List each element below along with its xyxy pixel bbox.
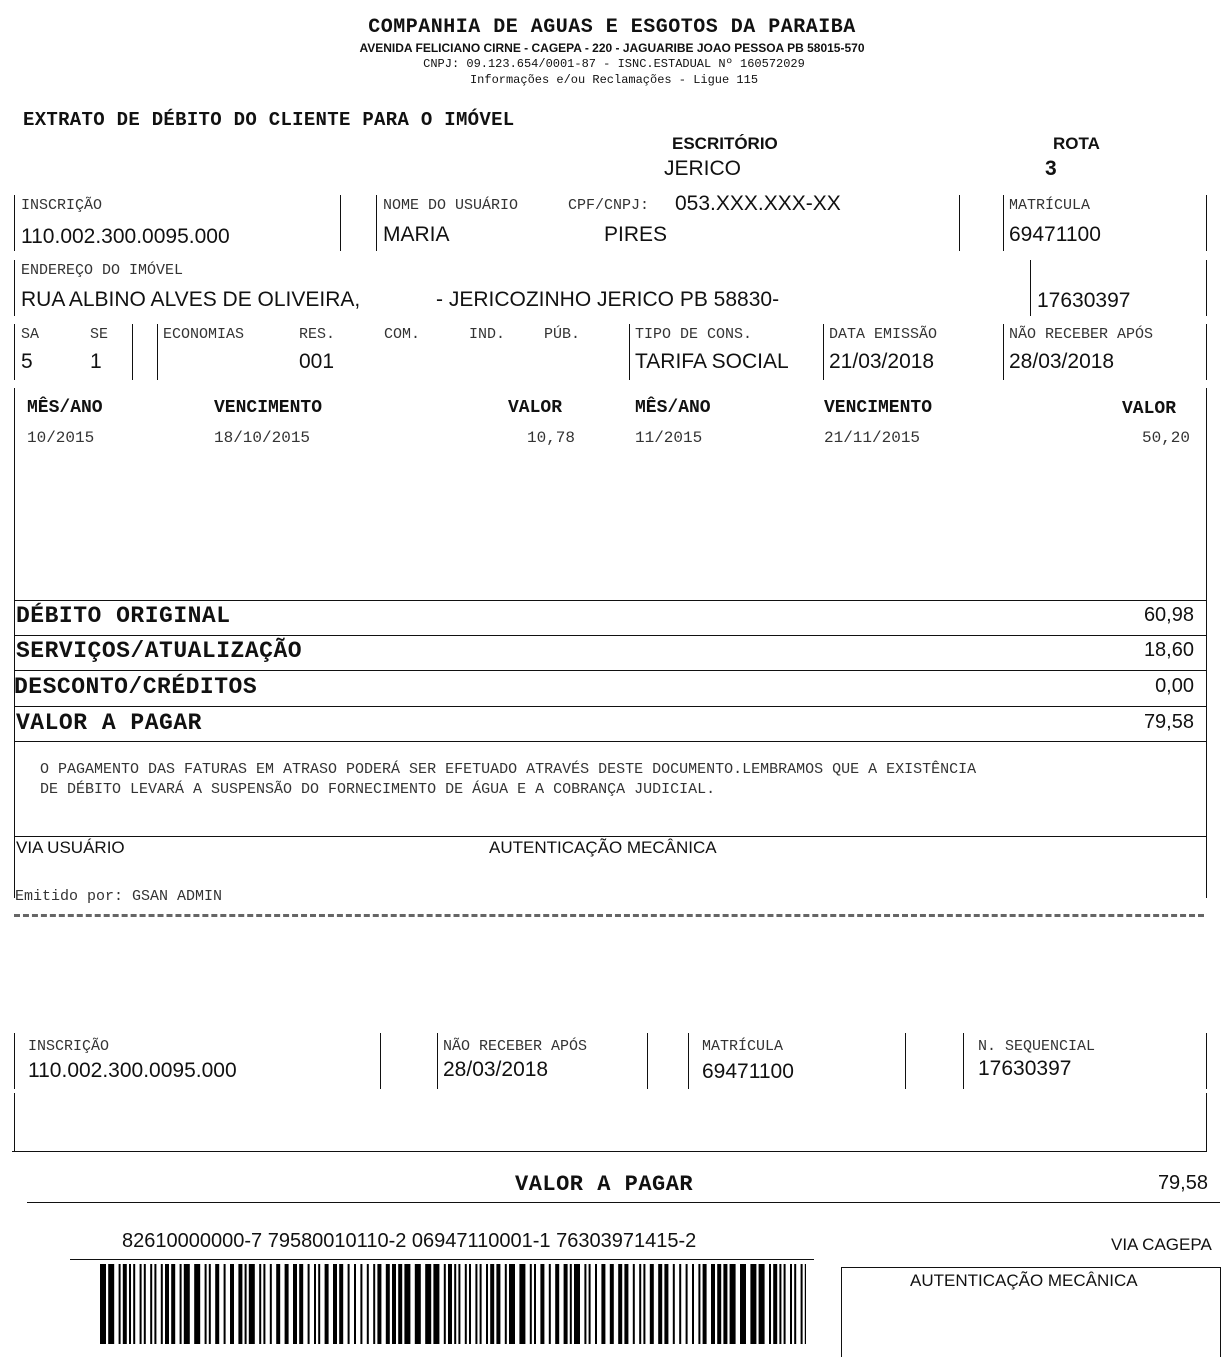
inscricao-value: 110.002.300.0095.000 bbox=[21, 225, 230, 249]
endereco-label: ENDEREÇO DO IMÓVEL bbox=[21, 262, 183, 279]
summary-value: 60,98 bbox=[1094, 604, 1194, 627]
stub-nao-receber-value: 28/03/2018 bbox=[443, 1058, 548, 1082]
col-header-mes-ano: MÊS/ANO bbox=[27, 398, 103, 418]
summary-value: 79,58 bbox=[1094, 711, 1194, 734]
summary-label: SERVIÇOS/ATUALIZAÇÃO bbox=[16, 638, 302, 664]
summary-label: DÉBITO ORIGINAL bbox=[16, 603, 231, 629]
sequencial-value: 17630397 bbox=[1037, 289, 1130, 313]
summary-label: VALOR A PAGAR bbox=[16, 710, 202, 736]
notice-text: O PAGAMENTO DAS FATURAS EM ATRASO PODERÁ… bbox=[40, 760, 976, 800]
office-value: JERICO bbox=[664, 157, 741, 181]
col-header-valor: VALOR bbox=[508, 398, 562, 418]
stub-valor-label: VALOR A PAGAR bbox=[515, 1172, 693, 1197]
company-contact: Informações e/ou Reclamações - Ligue 115 bbox=[0, 73, 1228, 87]
res-label: RES. bbox=[299, 326, 335, 343]
route-label: ROTA bbox=[1053, 134, 1100, 154]
row-valor: 10,78 bbox=[475, 429, 575, 447]
pub-label: PÚB. bbox=[544, 326, 580, 343]
summary-value: 18,60 bbox=[1094, 639, 1194, 662]
via-usuario-label: VIA USUÁRIO bbox=[16, 838, 125, 858]
nome-last: PIRES bbox=[604, 223, 667, 247]
row-vencimento: 18/10/2015 bbox=[214, 429, 310, 447]
via-cagepa-label: VIA CAGEPA bbox=[1111, 1235, 1212, 1255]
sa-label: SA bbox=[21, 326, 39, 343]
nome-first: MARIA bbox=[383, 223, 450, 247]
col-header-vencimento-2: VENCIMENTO bbox=[824, 398, 932, 418]
stub-matricula-label: MATRÍCULA bbox=[702, 1038, 783, 1055]
stub-valor-value: 79,58 bbox=[1108, 1172, 1208, 1195]
stub-sequencial-label: N. SEQUENCIAL bbox=[978, 1038, 1095, 1055]
office-label: ESCRITÓRIO bbox=[672, 134, 778, 154]
company-address: AVENIDA FELICIANO CIRNE - CAGEPA - 220 -… bbox=[0, 41, 1224, 55]
row-mes-ano: 11/2015 bbox=[635, 429, 702, 447]
cpf-value: 053.XXX.XXX-XX bbox=[675, 192, 841, 216]
barcode-icon bbox=[100, 1264, 806, 1344]
summary-label: DESCONTO/CRÉDITOS bbox=[14, 674, 257, 700]
company-registry: CNPJ: 09.123.654/0001-87 - ISNC.ESTADUAL… bbox=[0, 57, 1228, 71]
emissao-value: 21/03/2018 bbox=[829, 350, 934, 374]
sa-value: 5 bbox=[21, 350, 33, 374]
ind-label: IND. bbox=[469, 326, 505, 343]
route-value: 3 bbox=[1045, 157, 1057, 181]
barcode-digits: 82610000000-7 79580010110-2 06947110001-… bbox=[122, 1230, 696, 1253]
stub-autenticacao-label: AUTENTICAÇÃO MECÂNICA bbox=[910, 1271, 1138, 1291]
inscricao-label: INSCRIÇÃO bbox=[21, 197, 102, 214]
res-value: 001 bbox=[299, 350, 334, 374]
col-header-mes-ano-2: MÊS/ANO bbox=[635, 398, 711, 418]
se-label: SE bbox=[90, 326, 108, 343]
endereco-street: RUA ALBINO ALVES DE OLIVEIRA, bbox=[21, 288, 360, 312]
economias-label: ECONOMIAS bbox=[163, 326, 244, 343]
stub-inscricao-label: INSCRIÇÃO bbox=[28, 1038, 109, 1055]
tipo-label: TIPO DE CONS. bbox=[635, 326, 752, 343]
se-value: 1 bbox=[90, 350, 102, 374]
row-mes-ano: 10/2015 bbox=[27, 429, 94, 447]
autenticacao-label: AUTENTICAÇÃO MECÂNICA bbox=[489, 838, 717, 858]
matricula-label: MATRÍCULA bbox=[1009, 197, 1090, 214]
endereco-city: - JERICOZINHO JERICO PB 58830- bbox=[436, 288, 779, 312]
nao-receber-value: 28/03/2018 bbox=[1009, 350, 1114, 374]
emitido-por: Emitido por: GSAN ADMIN bbox=[15, 888, 222, 905]
document-title: EXTRATO DE DÉBITO DO CLIENTE PARA O IMÓV… bbox=[23, 109, 514, 131]
notice-line-2: DE DÉBITO LEVARÁ A SUSPENSÃO DO FORNECIM… bbox=[40, 780, 976, 800]
row-valor: 50,20 bbox=[1090, 429, 1190, 447]
tipo-value: TARIFA SOCIAL bbox=[635, 350, 789, 374]
nome-label: NOME DO USUÁRIO bbox=[383, 197, 518, 214]
nao-receber-label: NÃO RECEBER APÓS bbox=[1009, 326, 1153, 343]
stub-inscricao-value: 110.002.300.0095.000 bbox=[28, 1059, 237, 1083]
col-header-valor-2: VALOR bbox=[1122, 399, 1176, 419]
matricula-value: 69471100 bbox=[1009, 223, 1101, 247]
summary-value: 0,00 bbox=[1094, 675, 1194, 698]
stub-matricula-value: 69471100 bbox=[702, 1060, 794, 1084]
col-header-vencimento: VENCIMENTO bbox=[214, 398, 322, 418]
stub-nao-receber-label: NÃO RECEBER APÓS bbox=[443, 1038, 587, 1055]
com-label: COM. bbox=[384, 326, 420, 343]
company-name: COMPANHIA DE AGUAS E ESGOTOS DA PARAIBA bbox=[0, 16, 1224, 39]
stub-sequencial-value: 17630397 bbox=[978, 1057, 1071, 1081]
cut-line bbox=[14, 914, 1204, 917]
emissao-label: DATA EMISSÃO bbox=[829, 326, 937, 343]
cpf-label: CPF/CNPJ: bbox=[568, 197, 649, 214]
row-vencimento: 21/11/2015 bbox=[824, 429, 920, 447]
notice-line-1: O PAGAMENTO DAS FATURAS EM ATRASO PODERÁ… bbox=[40, 760, 976, 780]
